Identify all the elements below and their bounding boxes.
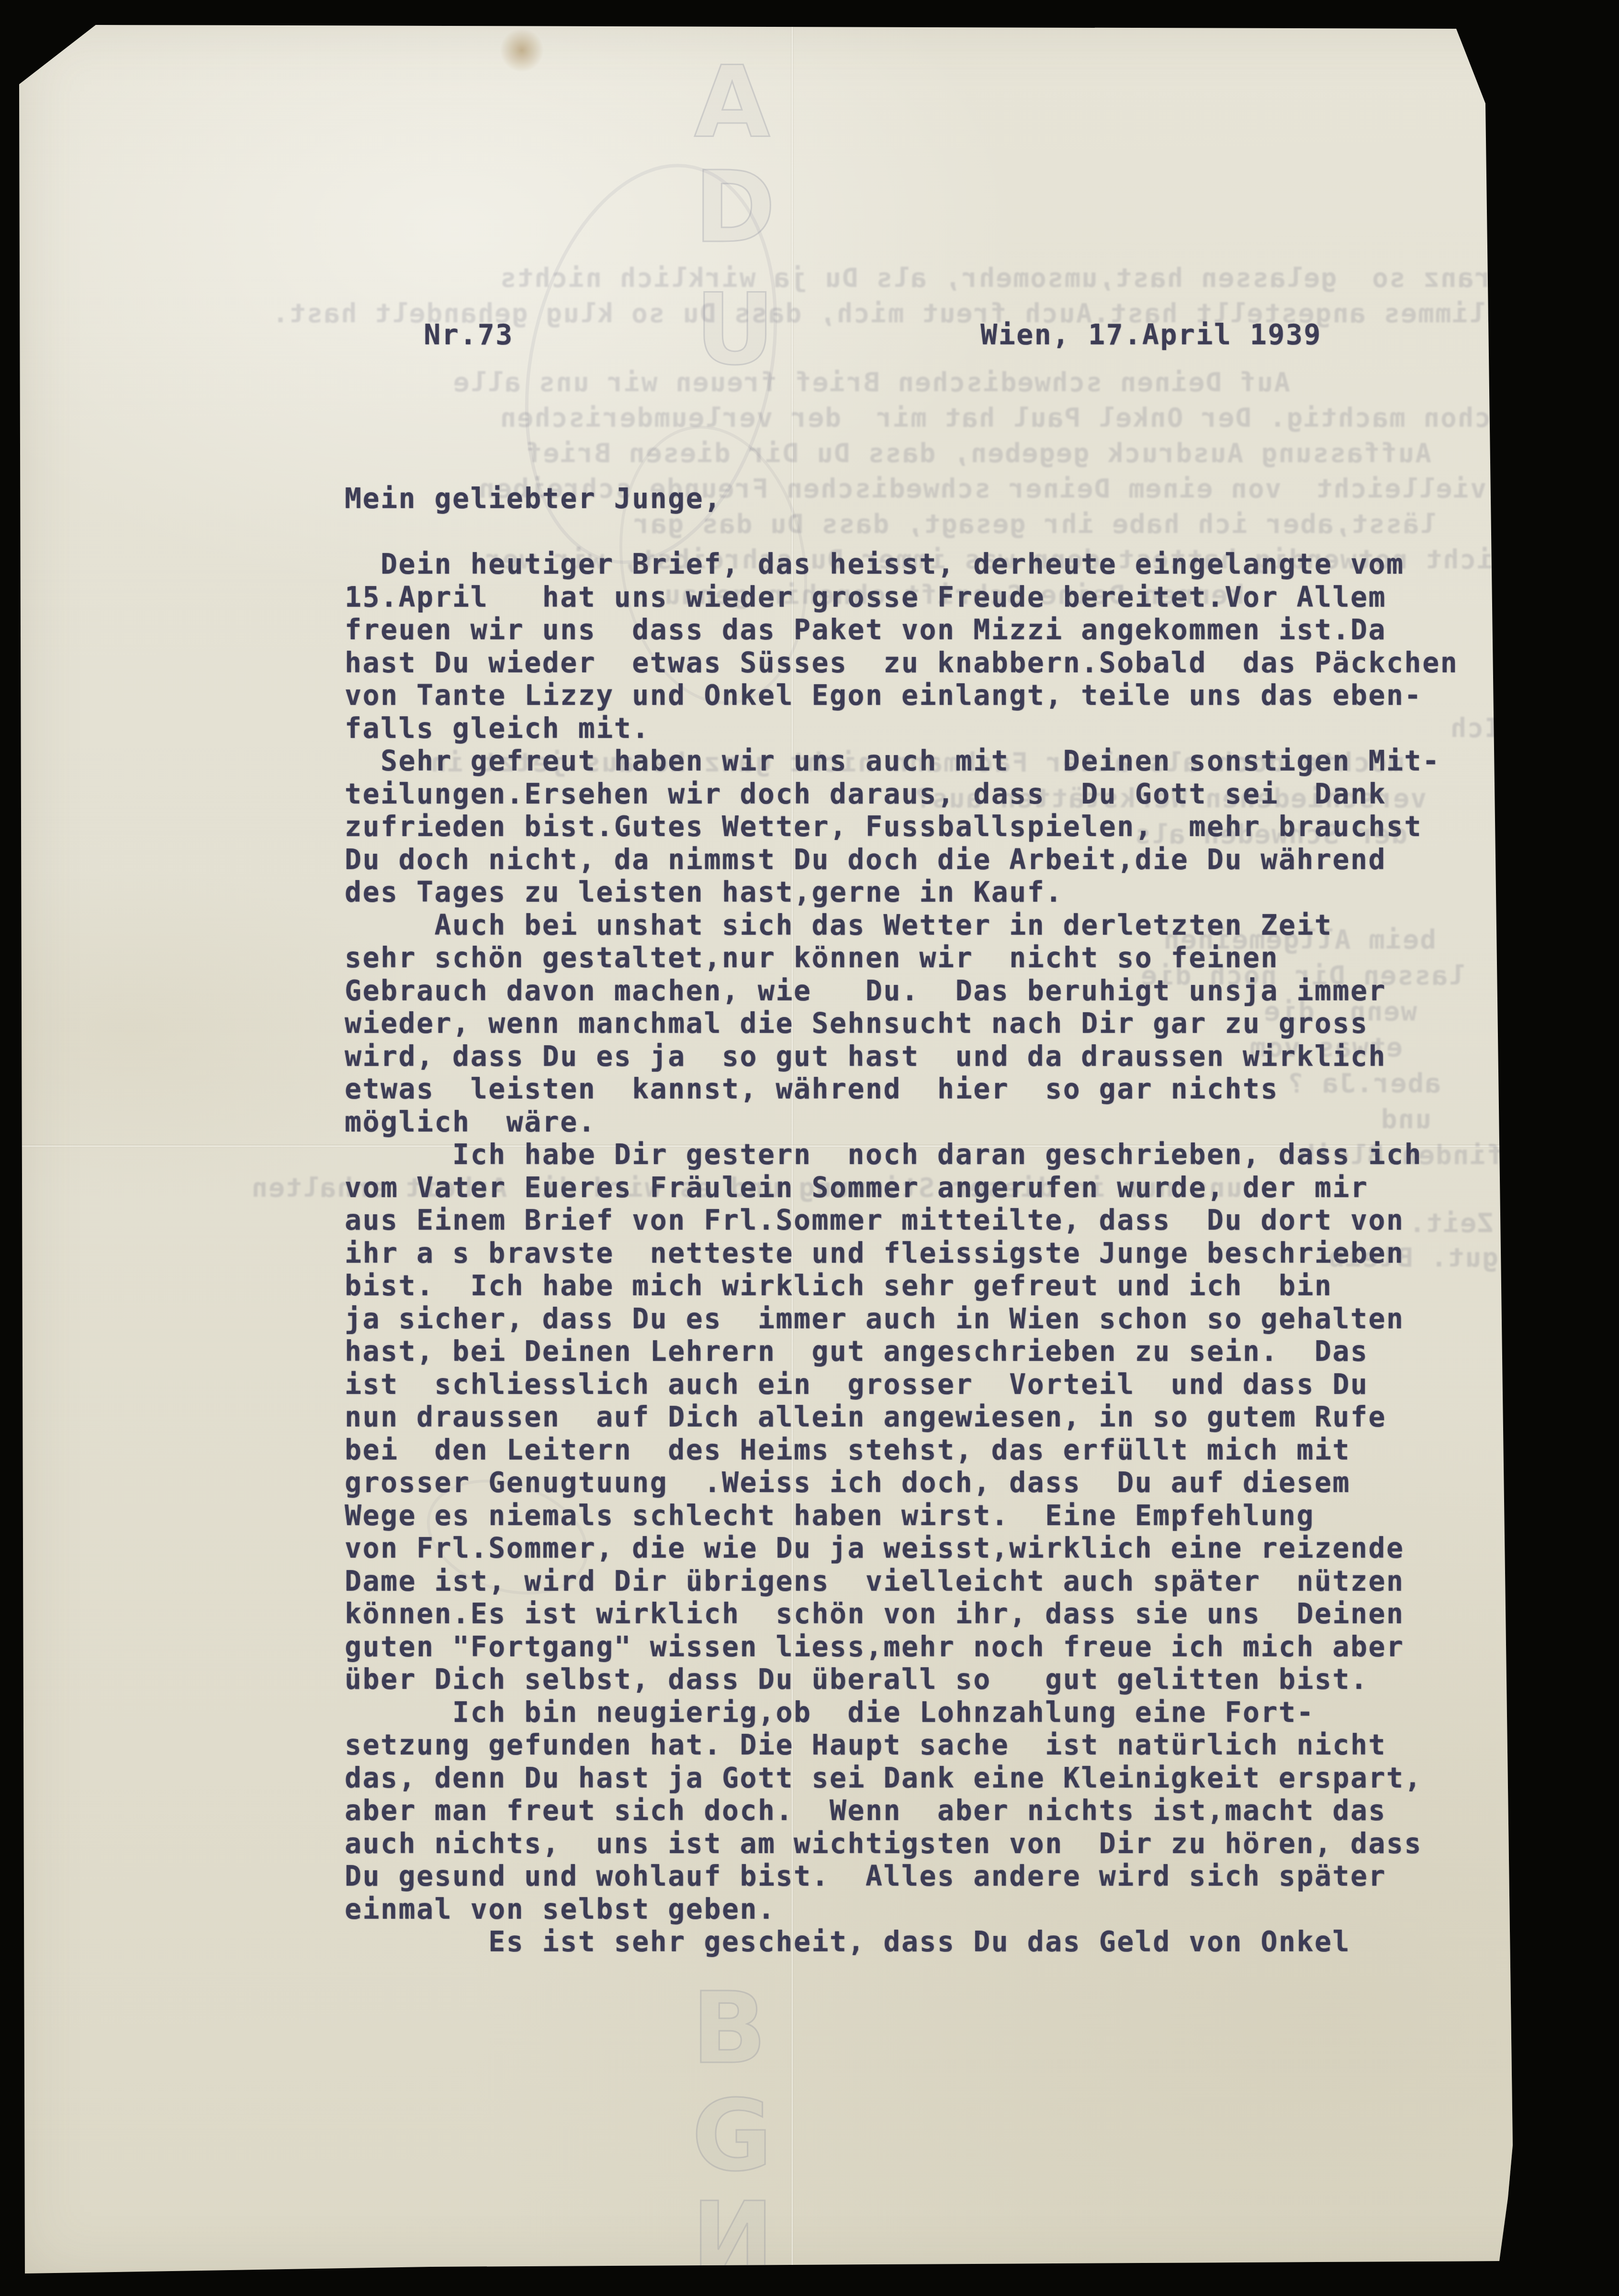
letter-line: Dame ist, wird Dir übrigens vielleicht a…	[345, 1565, 1458, 1598]
letter-line: ihr a s bravste netteste und fleissigste…	[345, 1237, 1458, 1270]
letter-line: etwas leisten kannst, während hier so ga…	[345, 1073, 1458, 1106]
letter-line: von Frl.Sommer, die wie Du ja weisst,wir…	[345, 1532, 1458, 1565]
letter-line: teilungen.Ersehen wir doch daraus, dass …	[345, 778, 1458, 811]
letter-line: nun draussen auf Dich allein angewiesen,…	[345, 1401, 1458, 1434]
letter-body: Dein heutiger Brief, das heisst, derheut…	[345, 548, 1458, 1958]
letter-line: Wege es niemals schlecht haben wirst. Ei…	[345, 1499, 1458, 1532]
letter-line: guten "Fortgang" wissen liess,mehr noch …	[345, 1630, 1458, 1663]
letter-line: bist. Ich habe mich wirklich sehr gefreu…	[345, 1269, 1458, 1302]
letter-line: 15.April hat uns wieder grosse Freude be…	[345, 581, 1458, 614]
header-gap	[514, 318, 981, 351]
letter-line: hast, bei Deinen Lehrern gut angeschrieb…	[345, 1335, 1458, 1368]
letter-number: Nr.73	[424, 318, 514, 351]
letter-line: hast Du wieder etwas Süsses zu knabbern.…	[345, 646, 1458, 679]
letter-line: Du doch nicht, da nimmst Du doch die Arb…	[345, 843, 1458, 876]
letter-line: freuen wir uns dass das Paket von Mizzi …	[345, 613, 1458, 646]
letter-line: können.Es ist wirklich schön von ihr, da…	[345, 1597, 1458, 1630]
letter-paper: Franz so gelassen hast,umsomehr, als Du …	[0, 0, 1619, 2296]
letter-line: Du gesund und wohlauf bist. Alles andere…	[345, 1860, 1458, 1893]
letter-text: Nr.73 Wien, 17.April 1939 Mein geliebter…	[0, 0, 1619, 2296]
letter-line: aber man freut sich doch. Wenn aber nich…	[345, 1794, 1458, 1827]
letter-line: auch nichts, uns ist am wichtigsten von …	[345, 1827, 1458, 1860]
letter-line: des Tages zu leisten hast,gerne in Kauf.	[345, 876, 1458, 909]
letter-line: Dein heutiger Brief, das heisst, derheut…	[345, 548, 1458, 581]
letter-line: Auch bei unshat sich das Wetter in derle…	[345, 909, 1458, 942]
letter-line: aus Einem Brief von Frl.Sommer mitteilte…	[345, 1204, 1458, 1237]
letter-place-date: Wien, 17.April 1939	[980, 318, 1322, 351]
letter-line: grosser Genugtuung .Weiss ich doch, dass…	[345, 1466, 1458, 1499]
letter-line: ja sicher, dass Du es immer auch in Wien…	[345, 1302, 1458, 1335]
letter-header-line: Nr.73 Wien, 17.April 1939	[316, 285, 1322, 318]
letter-line: wird, dass Du es ja so gut hast und da d…	[345, 1040, 1458, 1073]
letter-line: vom Vater Eueres Fräulein Sommer angeruf…	[345, 1171, 1458, 1204]
letter-line: Es ist sehr gescheit, dass Du das Geld v…	[345, 1925, 1458, 1958]
scan-background: { "scan": { "background_color": "#070705…	[0, 0, 1619, 2296]
letter-line: Ich habe Dir gestern noch daran geschrie…	[345, 1138, 1458, 1171]
letter-line: falls gleich mit.	[345, 712, 1458, 745]
letter-line: ist schliesslich auch ein grosser Vortei…	[345, 1368, 1458, 1401]
letter-line: möglich wäre.	[345, 1106, 1458, 1139]
letter-line: Sehr gefreut haben wir uns auch mit Dein…	[345, 745, 1458, 778]
letter-line: von Tante Lizzy und Onkel Egon einlangt,…	[345, 679, 1458, 712]
letter-line: über Dich selbst, dass Du überall so gut…	[345, 1663, 1458, 1696]
letter-line: setzung gefunden hat. Die Haupt sache is…	[345, 1729, 1458, 1762]
letter-line: sehr schön gestaltet,nur können wir nich…	[345, 941, 1458, 974]
letter-line: bei den Leitern des Heims stehst, das er…	[345, 1434, 1458, 1467]
letter-line: wieder, wenn manchmal die Sehnsucht nach…	[345, 1007, 1458, 1040]
letter-line: zufrieden bist.Gutes Wetter, Fussballspi…	[345, 810, 1458, 843]
letter-line: einmal von selbst geben.	[345, 1893, 1458, 1926]
letter-line: Gebrauch davon machen, wie Du. Das beruh…	[345, 974, 1458, 1007]
letter-line: Ich bin neugierig,ob die Lohnzahlung ein…	[345, 1696, 1458, 1729]
salutation: Mein geliebter Junge,	[345, 482, 722, 515]
letter-line: das, denn Du hast ja Gott sei Dank eine …	[345, 1762, 1458, 1795]
